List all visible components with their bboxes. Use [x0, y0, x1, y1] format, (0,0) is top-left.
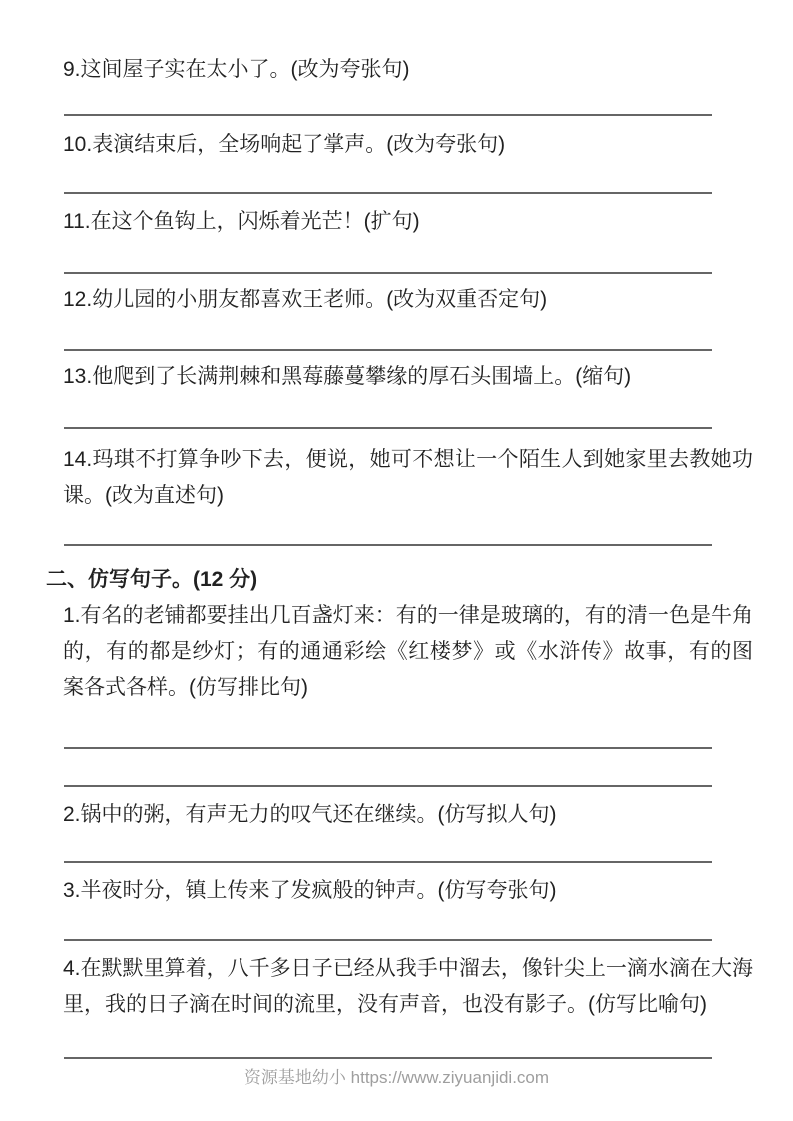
part2-question-2: 2.锅中的粥，有声无力的叹气还在继续。(仿写拟人句) [63, 797, 753, 833]
question-13: 13.他爬到了长满荆棘和黑莓藤蔓攀缘的厚石头围墙上。(缩句) [63, 359, 753, 395]
section-two-heading: 二、仿写句子。(12 分) [46, 562, 746, 598]
answer-blank-line-p2q2 [64, 861, 712, 863]
part2-question-4: 4.在默默里算着，八千多日子已经从我手中溜去，像针尖上一滴水滴在大海里，我的日子… [63, 951, 753, 1023]
question-10: 10.表演结束后，全场响起了掌声。(改为夸张句) [63, 127, 753, 163]
part2-question-1: 1.有名的老铺都要挂出几百盏灯来：有的一律是玻璃的，有的清一色是牛角的，有的都是… [63, 598, 753, 706]
answer-blank-line-q13 [64, 427, 712, 429]
worksheet-page: 9.这间屋子实在太小了。(改为夸张句) 10.表演结束后，全场响起了掌声。(改为… [0, 0, 793, 1121]
answer-blank-line-q9 [64, 114, 712, 116]
question-14: 14.玛琪不打算争吵下去，便说，她可不想让一个陌生人到她家里去教她功课。(改为直… [63, 442, 753, 514]
answer-blank-line-q14 [64, 544, 712, 546]
answer-blank-line-p2q4 [64, 1057, 712, 1059]
question-11: 11.在这个鱼钩上，闪烁着光芒！(扩句) [63, 204, 753, 240]
answer-blank-line-q10 [64, 192, 712, 194]
answer-blank-line-p2q1-b [64, 785, 712, 787]
part2-question-3: 3.半夜时分，镇上传来了发疯般的钟声。(仿写夸张句) [63, 873, 753, 909]
footer-watermark: 资源基地幼小 https://www.ziyuanjidi.com [0, 1068, 793, 1088]
question-12: 12.幼儿园的小朋友都喜欢王老师。(改为双重否定句) [63, 282, 753, 318]
answer-blank-line-q11 [64, 272, 712, 274]
answer-blank-line-p2q3 [64, 939, 712, 941]
question-9: 9.这间屋子实在太小了。(改为夸张句) [63, 52, 753, 88]
answer-blank-line-p2q1-a [64, 747, 712, 749]
answer-blank-line-q12 [64, 349, 712, 351]
